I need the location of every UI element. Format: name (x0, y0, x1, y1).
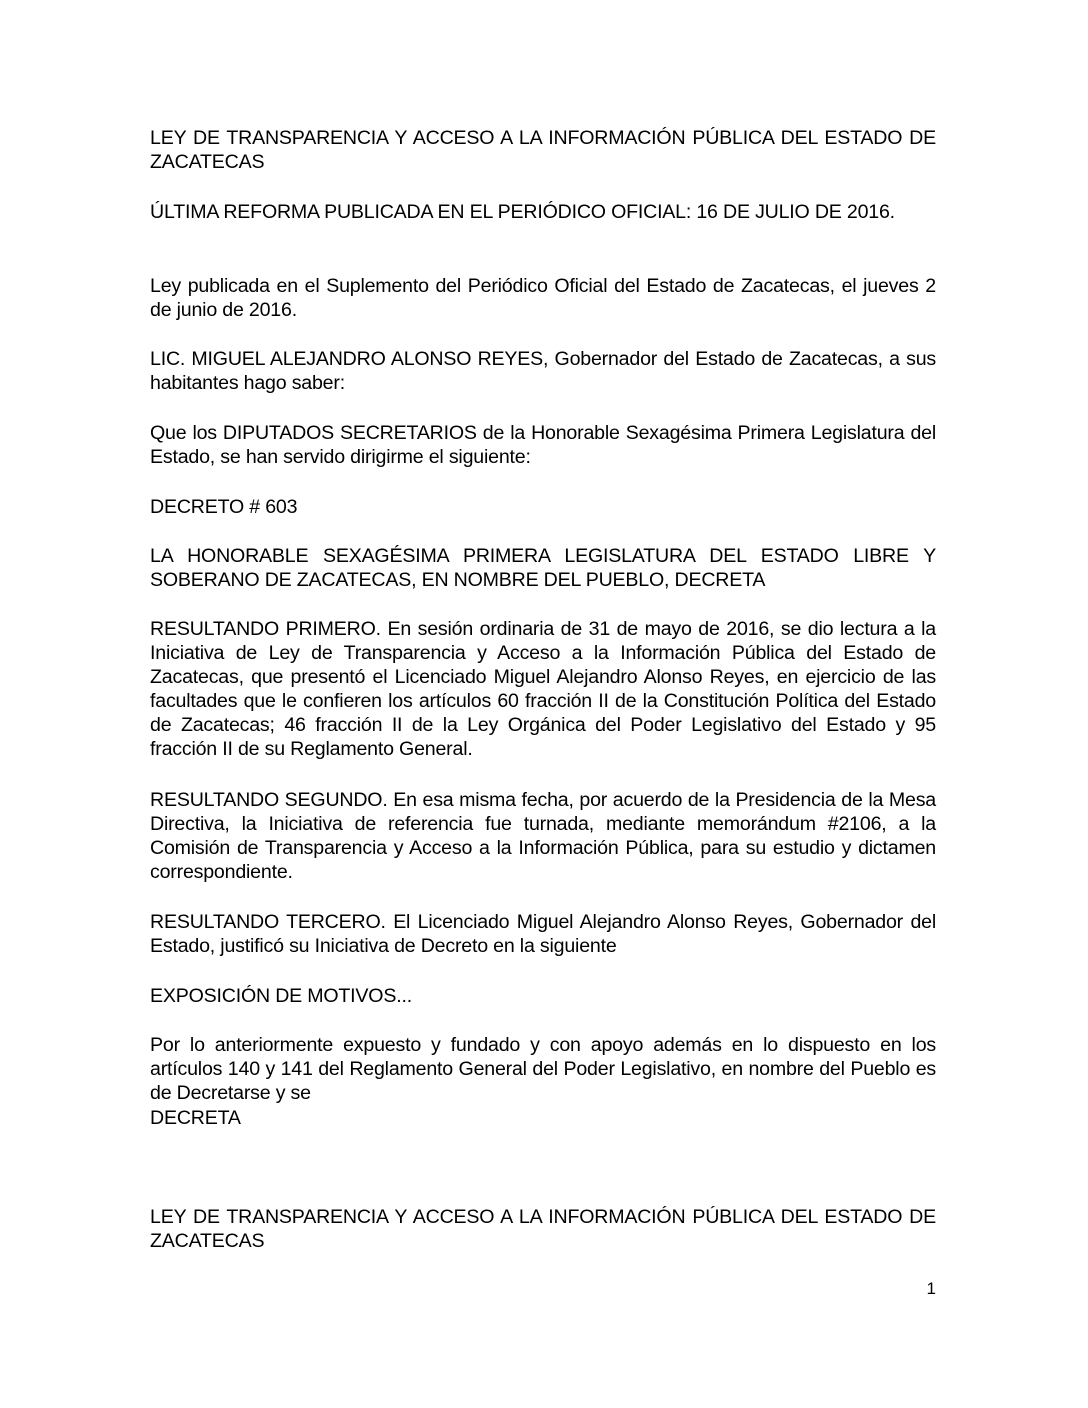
exposicion-de-motivos: EXPOSICIÓN DE MOTIVOS... (150, 984, 936, 1008)
legislature-paragraph: LA HONORABLE SEXAGÉSIMA PRIMERA LEGISLAT… (150, 544, 936, 592)
page-number: 1 (900, 1279, 936, 1299)
publication-note: Ley publicada en el Suplemento del Perió… (150, 274, 936, 322)
law-title: LEY DE TRANSPARENCIA Y ACCESO A LA INFOR… (150, 1205, 936, 1253)
resultando-tercero: RESULTANDO TERCERO. El Licenciado Miguel… (150, 910, 936, 958)
document-title: LEY DE TRANSPARENCIA Y ACCESO A LA INFOR… (150, 126, 936, 174)
resultando-primero: RESULTANDO PRIMERO. En sesión ordinaria … (150, 617, 936, 761)
last-reform-note: ÚLTIMA REFORMA PUBLICADA EN EL PERIÓDICO… (150, 200, 936, 224)
governor-paragraph: LIC. MIGUEL ALEJANDRO ALONSO REYES, Gobe… (150, 347, 936, 395)
decree-number: DECRETO # 603 (150, 495, 936, 519)
fundamento-paragraph: Por lo anteriormente expuesto y fundado … (150, 1033, 936, 1105)
document-page: LEY DE TRANSPARENCIA Y ACCESO A LA INFOR… (0, 0, 1088, 1408)
decreta-heading: DECRETA (150, 1106, 936, 1130)
resultando-segundo: RESULTANDO SEGUNDO. En esa misma fecha, … (150, 788, 936, 884)
secretaries-paragraph: Que los DIPUTADOS SECRETARIOS de la Hono… (150, 421, 936, 469)
